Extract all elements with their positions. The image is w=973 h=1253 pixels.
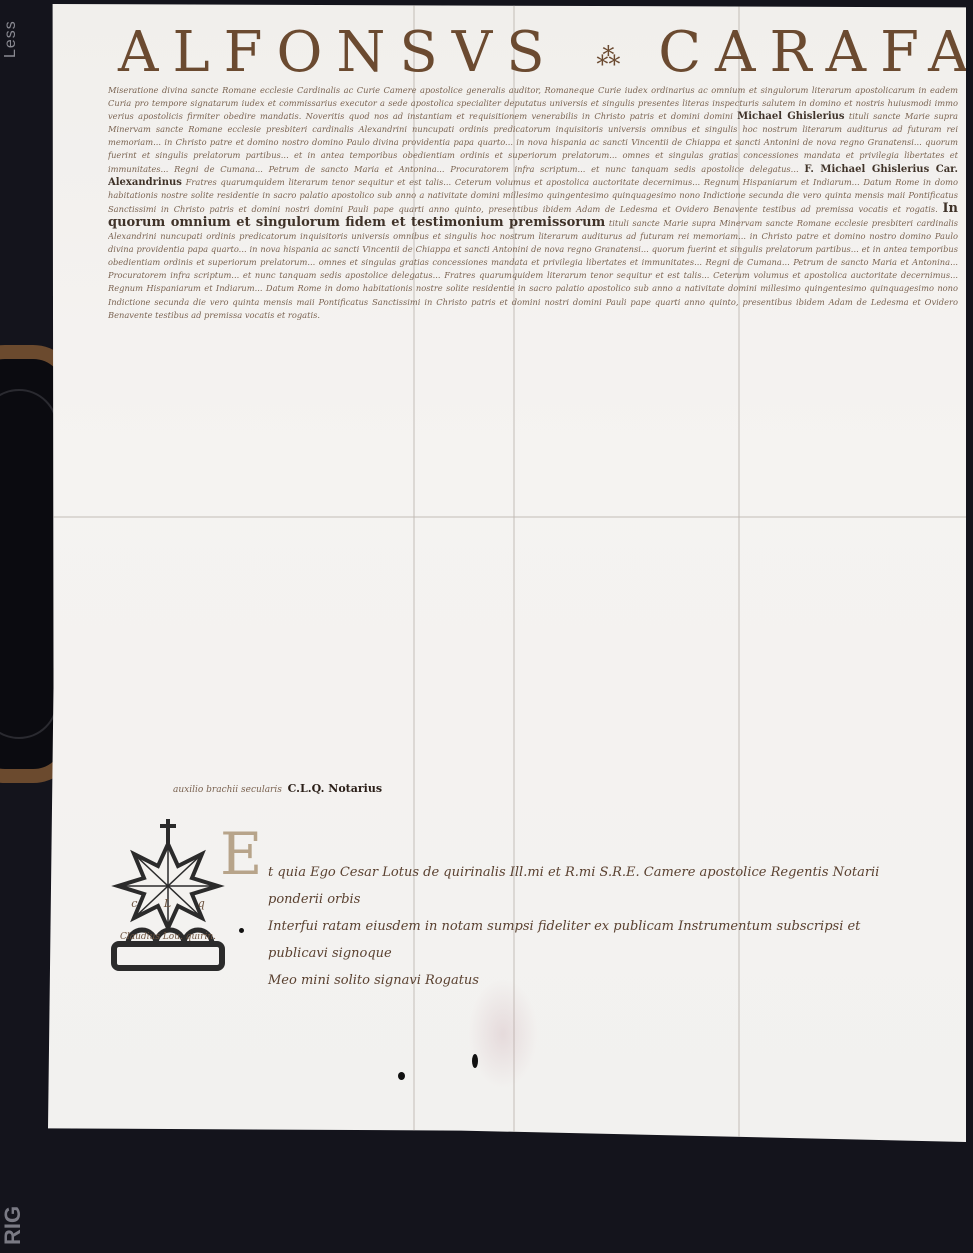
signature-tail: auxilio brachii secularis C.L.Q. Notariu… [173,782,382,795]
attestation-line: t quia Ego Cesar Lotus de quirinalis Ill… [268,859,918,913]
ink-spot [398,1072,405,1080]
heading-surname: CARAFA [658,20,973,85]
body-continuation: Fratres quarumquidem literarum tenor seq… [108,177,958,214]
attestation-line: Meo mini solito signavi Rogatus [268,967,918,994]
side-label-bottom: RIG [0,1165,22,1245]
attestation-initial: E [220,824,262,884]
ink-spot [560,1174,566,1184]
notary-star-sign-icon [98,814,238,974]
signature-tail-text: auxilio brachii secularis [173,785,282,795]
notary-initials: c L q [118,897,218,917]
ink-stain [468,979,538,1089]
cardinal-name: Michael Ghislerius [737,111,844,122]
initial: q [198,897,205,917]
initial: c [131,897,137,917]
notary-banner: Claudius Lou. quirin. [110,926,226,948]
notary-attestation: t quia Ego Cesar Lotus de quirinalis Ill… [268,859,918,994]
initial: L [164,897,171,917]
notary-mark-abbrev: C.L.Q. Notarius [288,782,382,795]
attestation-line: Interfui ratam eiusdem in notam sumpsi f… [268,913,918,967]
document-heading: ALFONSVS ⁂ CARAFA ꝭ [118,18,958,88]
document-body-text: Miseratione divina sancte Romane ecclesi… [108,84,958,774]
heading-first-name: ALFONSVS [118,20,559,85]
ink-spot [454,1174,460,1184]
parchment-sheet: ALFONSVS ⁂ CARAFA ꝭ Miseratione divina s… [48,4,966,1142]
heading-ornament-icon: ⁂ [596,43,620,71]
ink-spot [472,1054,478,1068]
side-label-less: Less [2,8,22,58]
ink-spot [239,928,244,933]
